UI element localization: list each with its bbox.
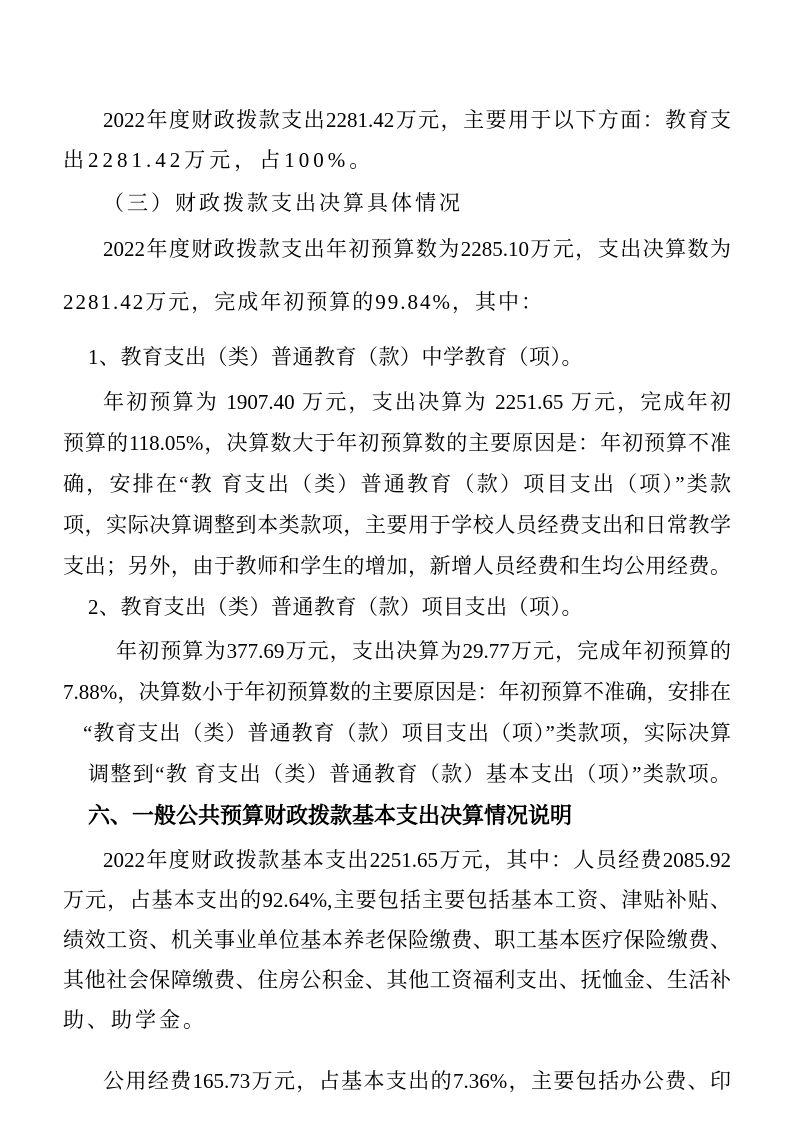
text-line: 调整到“教 育支出（类）普通教育（款）基本支出（项）”类款项。 [63, 754, 731, 795]
paragraph-fiscal-expenditure-overview: 2022年度财政拨款支出2281.42万元，主要用于以下方面：教育支 出2281… [63, 100, 731, 180]
text-line: 其他社会保障缴费、住房公积金、其他工资福利支出、抚恤金、生活补 [63, 960, 731, 1000]
text-line: 绩效工资、机关事业单位基本养老保险缴费、职工基本医疗保险缴费、 [63, 920, 731, 960]
heading-text: （三）财政拨款支出决算具体情况 [63, 183, 731, 223]
text-line: 万元，占基本支出的92.64%,主要包括主要包括基本工资、津贴补贴、 [63, 880, 731, 920]
section-heading-3: （三）财政拨款支出决算具体情况 [63, 183, 731, 223]
text-line: 出2281.42万元，占100%。 [63, 140, 731, 180]
paragraph-basic-expenditure-detail: 2022年度财政拨款基本支出2251.65万元，其中：人员经费2085.92 万… [63, 840, 731, 1040]
paragraph-item-1-title: 1、教育支出（类）普通教育（款）中学教育（项）。 [63, 337, 731, 377]
text-line: 年初预算为377.69万元，支出决算为29.77万元，完成年初预算的 [63, 631, 731, 672]
text-line: 公用经费165.73万元，占基本支出的7.36%，主要包括办公费、印 [63, 1061, 731, 1101]
text-line: “教育支出（类）普通教育（款）项目支出（项）”类款项，实际决算 [63, 713, 731, 754]
text-line: 2022年度财政拨款基本支出2251.65万元，其中：人员经费2085.92 [63, 840, 731, 880]
text-line: 预算的118.05%，决算数大于年初预算数的主要原因是：年初预算不准 [63, 423, 731, 464]
text-line: 2022年度财政拨款支出年初预算数为2285.10万元，支出决算数为 [63, 223, 731, 276]
section-heading-6: 六、一般公共预算财政拨款基本支出决算情况说明 [63, 795, 731, 837]
text-line: 2281.42万元，完成年初预算的99.84%，其中： [63, 276, 731, 329]
paragraph-public-funds-expenditure: 公用经费165.73万元，占基本支出的7.36%，主要包括办公费、印 [63, 1061, 731, 1101]
text-line: 确，安排在“教 育支出（类）普通教育（款）项目支出（项）”类款 [63, 464, 731, 505]
heading-text: 六、一般公共预算财政拨款基本支出决算情况说明 [63, 795, 731, 837]
text-line: 助、助学金。 [63, 1000, 731, 1040]
text-line: 2、教育支出（类）普通教育（款）项目支出（项）。 [63, 587, 731, 627]
document-content: 2022年度财政拨款支出2281.42万元，主要用于以下方面：教育支 出2281… [0, 0, 794, 1101]
text-line: 项，实际决算调整到本类款项，主要用于学校人员经费支出和日常教学 [63, 505, 731, 546]
paragraph-item-2-detail: 年初预算为377.69万元，支出决算为29.77万元，完成年初预算的 7.88%… [63, 631, 731, 795]
paragraph-item-2-title: 2、教育支出（类）普通教育（款）项目支出（项）。 [63, 587, 731, 627]
document-page: 2022年度财政拨款支出2281.42万元，主要用于以下方面：教育支 出2281… [0, 0, 794, 1122]
text-line: 1、教育支出（类）普通教育（款）中学教育（项）。 [63, 337, 731, 377]
text-line: 年初预算为 1907.40 万元，支出决算为 2251.65 万元，完成年初 [63, 382, 731, 423]
text-line: 支出；另外，由于教师和学生的增加，新增人员经费和生均公用经费。 [63, 546, 731, 587]
paragraph-item-1-detail: 年初预算为 1907.40 万元，支出决算为 2251.65 万元，完成年初 预… [63, 382, 731, 587]
text-line: 2022年度财政拨款支出2281.42万元，主要用于以下方面：教育支 [63, 100, 731, 140]
paragraph-budget-vs-final-accounts: 2022年度财政拨款支出年初预算数为2285.10万元，支出决算数为 2281.… [63, 223, 731, 329]
text-line: 7.88%，决算数小于年初预算数的主要原因是：年初预算不准确，安排在 [63, 672, 731, 713]
